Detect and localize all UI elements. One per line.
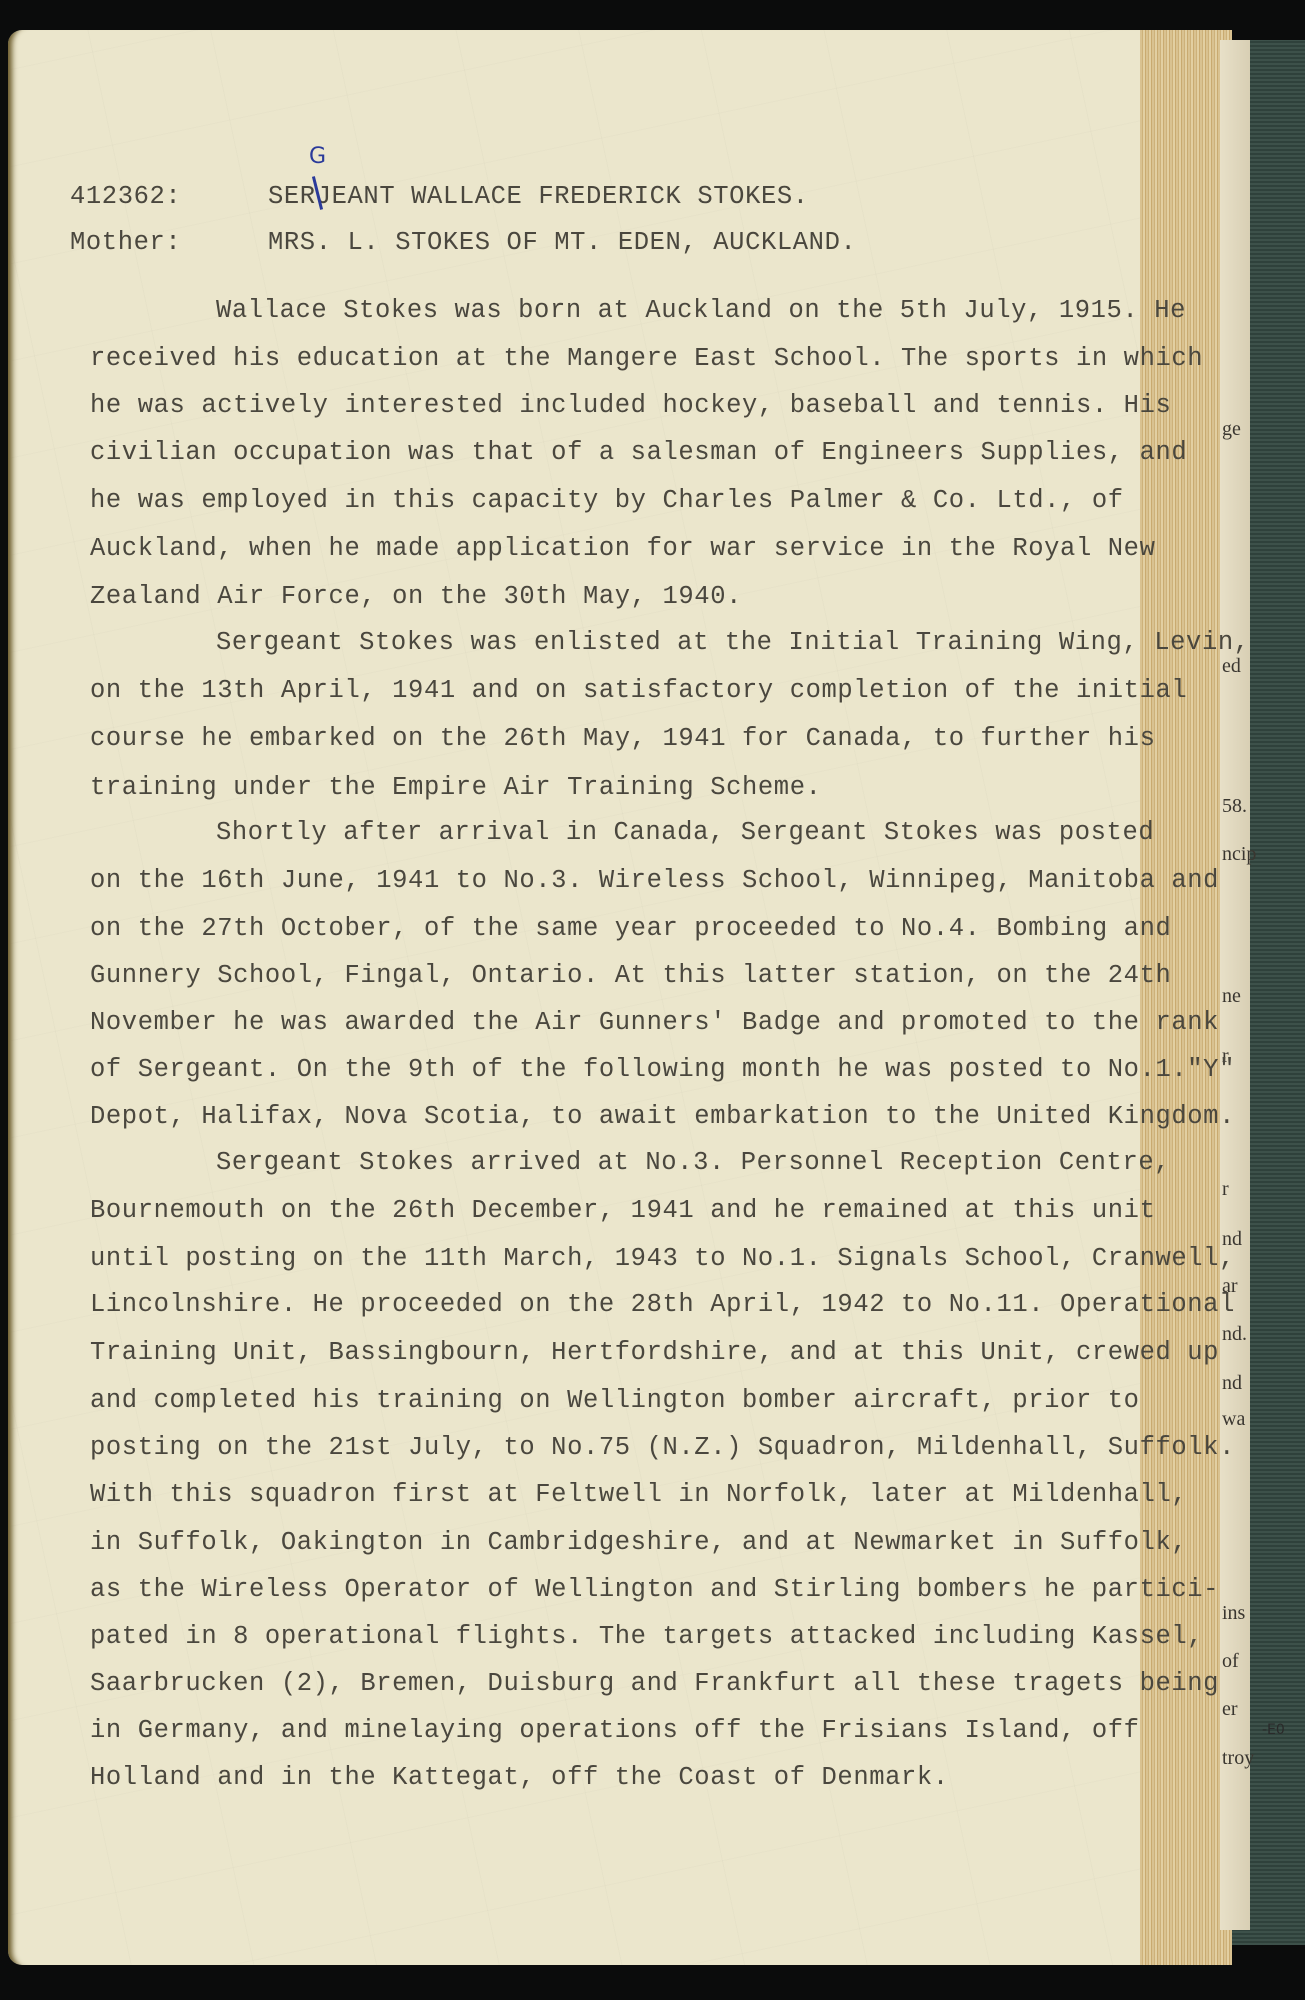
text-line: as the Wireless Operator of Wellington a… xyxy=(90,1577,1219,1603)
text-line: he was actively interested included hock… xyxy=(90,393,1171,419)
airman-name: SERJEANT WALLACE FREDERICK STOKES. xyxy=(268,184,809,210)
edge-fragment-text: ins xyxy=(1222,1602,1262,1625)
edge-fragment-text: r xyxy=(1222,1178,1262,1201)
text-line: until posting on the 11th March, 1943 to… xyxy=(90,1246,1235,1272)
text-line: course he embarked on the 26th May, 1941… xyxy=(90,726,1155,752)
text-line: With this squadron first at Feltwell in … xyxy=(90,1482,1187,1508)
text-line: Holland and in the Kattegat, off the Coa… xyxy=(90,1765,949,1791)
edge-fragment-text: er xyxy=(1222,1698,1262,1721)
text-line: Zealand Air Force, on the 30th May, 1940… xyxy=(90,584,742,610)
text-line: Lincolnshire. He proceeded on the 28th A… xyxy=(90,1292,1235,1318)
handwritten-correction: G xyxy=(309,144,326,169)
edge-fragment-text: of xyxy=(1222,1650,1262,1673)
text-line: training under the Empire Air Training S… xyxy=(90,775,822,801)
text-line: Gunnery School, Fingal, Ontario. At this… xyxy=(90,963,1171,989)
text-line: of Sergeant. On the 9th of the following… xyxy=(90,1057,1235,1083)
text-line: Auckland, when he made application for w… xyxy=(90,536,1155,562)
edge-fragment-text: nd. xyxy=(1222,1323,1262,1346)
text-line: November he was awarded the Air Gunners'… xyxy=(90,1010,1219,1036)
edge-fragment-text: 58. xyxy=(1222,795,1262,818)
text-line: Training Unit, Bassingbourn, Hertfordshi… xyxy=(90,1340,1219,1366)
text-line: in Germany, and minelaying operations of… xyxy=(90,1718,1140,1744)
mother-value: MRS. L. STOKES OF MT. EDEN, AUCKLAND. xyxy=(268,230,856,256)
text-line: Saarbrucken (2), Bremen, Duisburg and Fr… xyxy=(90,1671,1219,1697)
text-line: posting on the 21st July, to No.75 (N.Z.… xyxy=(90,1435,1235,1461)
edge-fragment-text: ne xyxy=(1222,985,1262,1008)
edge-fragment-text: nd xyxy=(1222,1372,1262,1395)
text-line: on the 16th June, 1941 to No.3. Wireless… xyxy=(90,868,1219,894)
edge-fragment-text: ncip xyxy=(1222,843,1262,866)
edge-fragment-text: ed xyxy=(1222,655,1262,678)
text-line: Sergeant Stokes arrived at No.3. Personn… xyxy=(216,1150,1170,1176)
text-line: received his education at the Mangere Ea… xyxy=(90,346,1203,372)
text-line: on the 13th April, 1941 and on satisfact… xyxy=(90,678,1187,704)
service-number: 412362: xyxy=(70,184,181,210)
text-line: civilian occupation was that of a salesm… xyxy=(90,440,1187,466)
text-line: he was employed in this capacity by Char… xyxy=(90,488,1124,514)
edge-fragment-text: troy xyxy=(1222,1747,1262,1770)
mother-label: Mother: xyxy=(70,230,181,256)
edge-fragment-text: wa xyxy=(1222,1408,1262,1431)
text-line: Sergeant Stokes was enlisted at the Init… xyxy=(216,630,1250,656)
text-line: Bournemouth on the 26th December, 1941 a… xyxy=(90,1198,1155,1224)
edge-fragment-text: ge xyxy=(1222,418,1262,441)
text-line: in Suffolk, Oakington in Cambridgeshire,… xyxy=(90,1530,1187,1556)
text-line: pated in 8 operational flights. The targ… xyxy=(90,1624,1203,1650)
text-line: and completed his training on Wellington… xyxy=(90,1388,1140,1414)
edge-handwritten-mark: -E0 xyxy=(1262,1722,1285,1738)
text-line: Depot, Halifax, Nova Scotia, to await em… xyxy=(90,1104,1235,1130)
text-line: on the 27th October, of the same year pr… xyxy=(90,916,1171,942)
text-line: Shortly after arrival in Canada, Sergean… xyxy=(216,820,1154,846)
text-line: Wallace Stokes was born at Auckland on t… xyxy=(216,298,1186,324)
